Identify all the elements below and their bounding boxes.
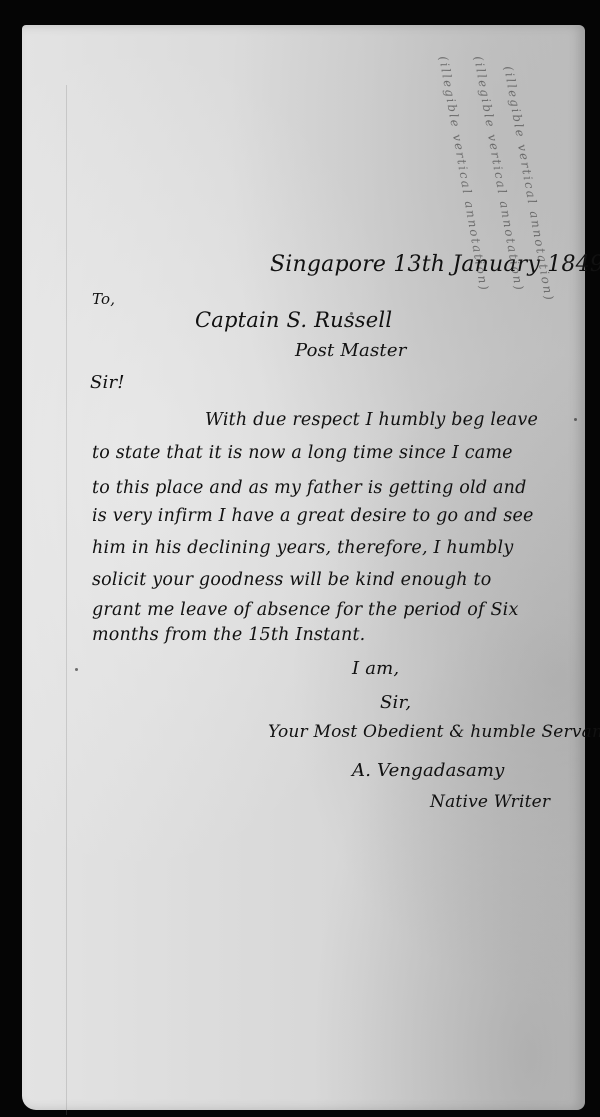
body-line: months from the 15th Instant. (92, 625, 365, 645)
closing-line: Sir, (380, 692, 411, 713)
body-line: With due respect I humbly beg leave (205, 410, 538, 430)
salutation: Sir! (90, 372, 125, 393)
ink-fleck (350, 312, 353, 315)
to-label: To, (92, 290, 115, 308)
addressee-name: Captain S. Russell (195, 308, 392, 332)
body-line: solicit your goodness will be kind enoug… (92, 570, 491, 590)
body-line: to state that it is now a long time sinc… (92, 443, 513, 463)
body-line: him in his declining years, therefore, I… (92, 538, 513, 558)
signature-name: A. Vengadasamy (352, 760, 505, 781)
ink-fleck (75, 668, 78, 671)
body-line: is very infirm I have a great desire to … (92, 506, 534, 526)
closing-line: I am, (352, 658, 399, 679)
body-line: to this place and as my father is gettin… (92, 478, 527, 498)
place-date: Singapore 13th January 1849 (270, 252, 600, 277)
closing-line: Your Most Obedient & humble Servant (268, 722, 600, 742)
addressee-title: Post Master (295, 340, 407, 361)
fold-line (66, 85, 67, 1115)
margin-annotations: (illegible vertical annotation) (illegib… (430, 55, 550, 255)
body-line: grant me leave of absence for the period… (92, 600, 519, 620)
signature-title: Native Writer (430, 792, 550, 812)
ink-fleck (574, 418, 577, 421)
